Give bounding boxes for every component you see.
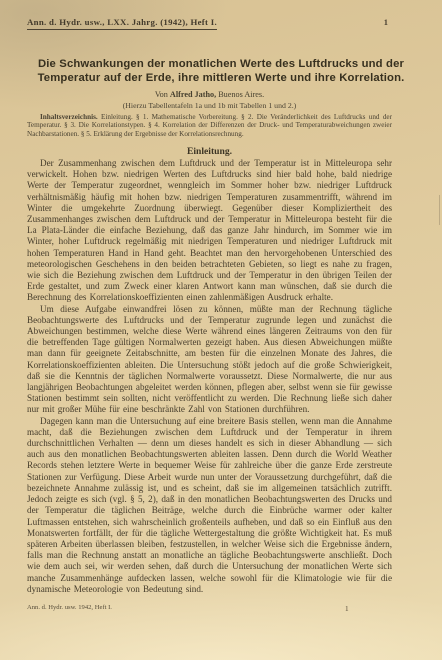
paragraph-2: Um diese Aufgabe einwandfrei lösen zu kö…	[27, 304, 392, 416]
author-location: Buenos Aires.	[218, 90, 264, 99]
scanned-journal-page: Ann. d. Hydr. usw., LXX. Jahrg. (1942), …	[0, 0, 442, 660]
paragraph-3: Dagegen kann man die Untersuchung auf ei…	[27, 416, 392, 595]
page-footer: Ann. d. Hydr. usw. 1942, Heft I. 1	[27, 604, 392, 616]
section-heading-einleitung: Einleitung.	[27, 146, 392, 157]
footer-imprint: Ann. d. Hydr. usw. 1942, Heft I.	[27, 604, 112, 611]
table-reference-note: (Hierzu Tabellentafeln 1a und 1b mit Tab…	[27, 101, 392, 110]
page-number: 1	[384, 17, 392, 27]
footer-signature-number: 1	[345, 605, 349, 613]
byline: Von Alfred Jatho, Buenos Aires.	[27, 90, 392, 99]
article-body: Der Zusammenhang zwischen dem Luftdruck …	[27, 158, 392, 595]
author-name: Alfred Jatho,	[170, 90, 216, 99]
journal-reference: Ann. d. Hydr. usw., LXX. Jahrg. (1942), …	[27, 17, 217, 30]
byline-prefix: Von	[155, 90, 168, 99]
paper-title: Die Schwankungen der monatlichen Werte d…	[24, 58, 418, 85]
paragraph-1: Der Zusammenhang zwischen dem Luftdruck …	[27, 158, 392, 304]
scan-artifact-line	[439, 195, 440, 225]
toc-label: Inhaltsverzeichnis.	[27, 113, 98, 121]
table-of-contents: Inhaltsverzeichnis. Einleitung. § 1. Mat…	[27, 113, 392, 138]
running-head: Ann. d. Hydr. usw., LXX. Jahrg. (1942), …	[27, 17, 392, 30]
